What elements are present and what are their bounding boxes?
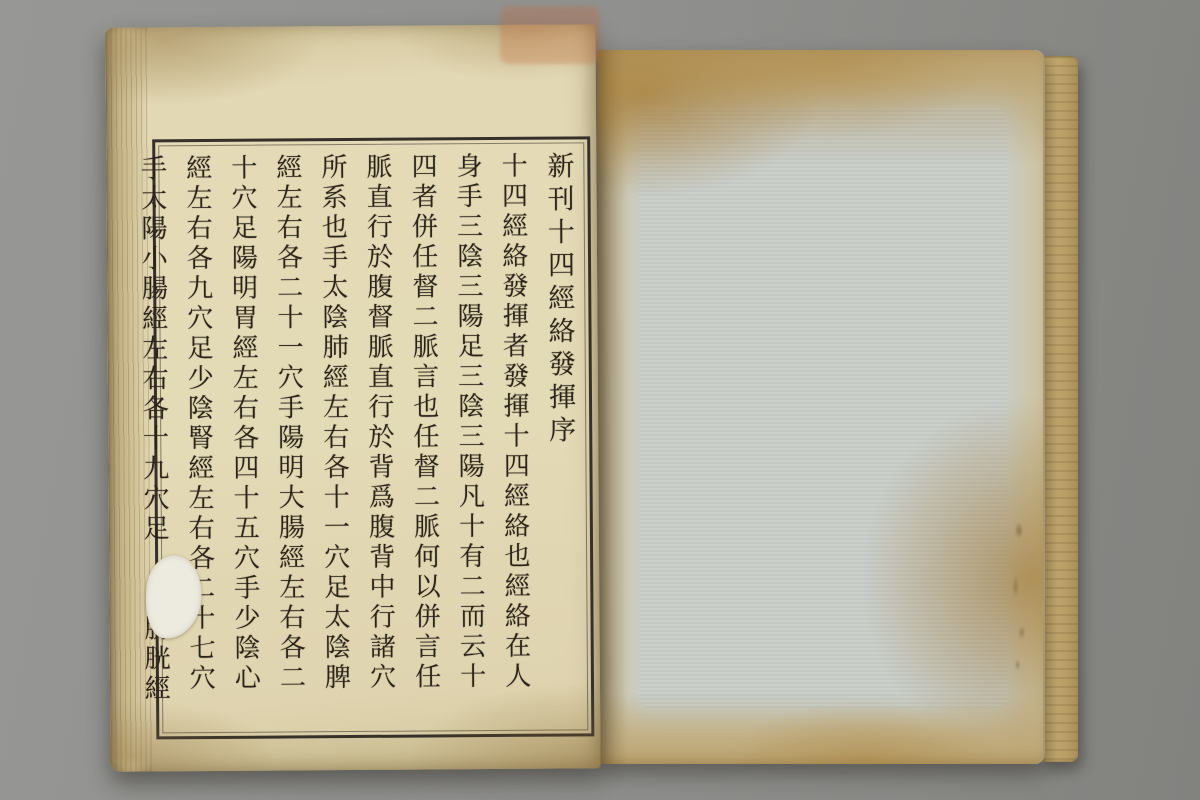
right-page-blank [597,50,1045,764]
column: 經左右各二十一穴手陽明大腸經左右各二 [273,153,305,725]
column-text: 手太陽小腸經左右各十九穴足 [137,154,170,544]
column-text: 四者併任督二脈言也任督二脈何以併言任 [407,152,441,692]
column-text: 脈直行於腹督脈直行於背爲腹背中行諸穴 [362,153,396,693]
column-text: 所系也手太陰肺經左右各十一穴足太陰脾 [317,153,351,693]
column: 十穴足陽明胃經左右各四十五穴手少陰心 [228,154,260,726]
column-text: 經左右各二十一穴手陽明大腸經左右各二 [272,153,306,693]
column: 經左右各九穴足少陰腎經左右各二十七穴 [183,154,215,726]
back-cover-edge [1041,56,1078,762]
interleaf-sheet [639,108,1007,708]
column: 十四經絡發揮者發揮十四經絡也經絡在人 [498,152,530,724]
column-text: 新刊十四經絡發揮序 [542,151,575,448]
column-title: 新刊十四經絡發揮序 [543,151,576,723]
faded-edge-marks [1005,505,1033,675]
column: 身手三陰三陽足三陰三陽凡十有二而云十 [453,152,485,724]
text-columns: 新刊十四經絡發揮序 十四經絡發揮者發揮十四經絡也經絡在人 身手三陰三陽足三陰三陽… [155,139,591,736]
column: 四者併任督二脈言也任督二脈何以併言任 [408,152,440,724]
left-page: 新刊十四經絡發揮序 十四經絡發揮者發揮十四經絡也經絡在人 身手三陰三陽足三陰三陽… [105,24,600,771]
column-last: 手太陽小腸經左右各十九穴足膀胱經 [137,154,169,726]
photo-background: 新刊十四經絡發揮序 十四經絡發揮者發揮十四經絡也經絡在人 身手三陰三陽足三陰三陽… [0,0,1200,800]
printed-text-frame: 新刊十四經絡發揮序 十四經絡發揮者發揮十四經絡也經絡在人 身手三陰三陽足三陰三陽… [152,136,594,739]
column: 脈直行於腹督脈直行於背爲腹背中行諸穴 [363,153,395,725]
column-text: 身手三陰三陽足三陰三陽凡十有二而云十 [452,152,486,692]
faded-stamp-watermark [500,6,600,64]
column-text: 十四經絡發揮者發揮十四經絡也經絡在人 [497,152,531,692]
column-text: 十穴足陽明胃經左右各四十五穴手少陰心 [227,154,261,694]
column: 所系也手太陰肺經左右各十一穴足太陰脾 [318,153,350,725]
